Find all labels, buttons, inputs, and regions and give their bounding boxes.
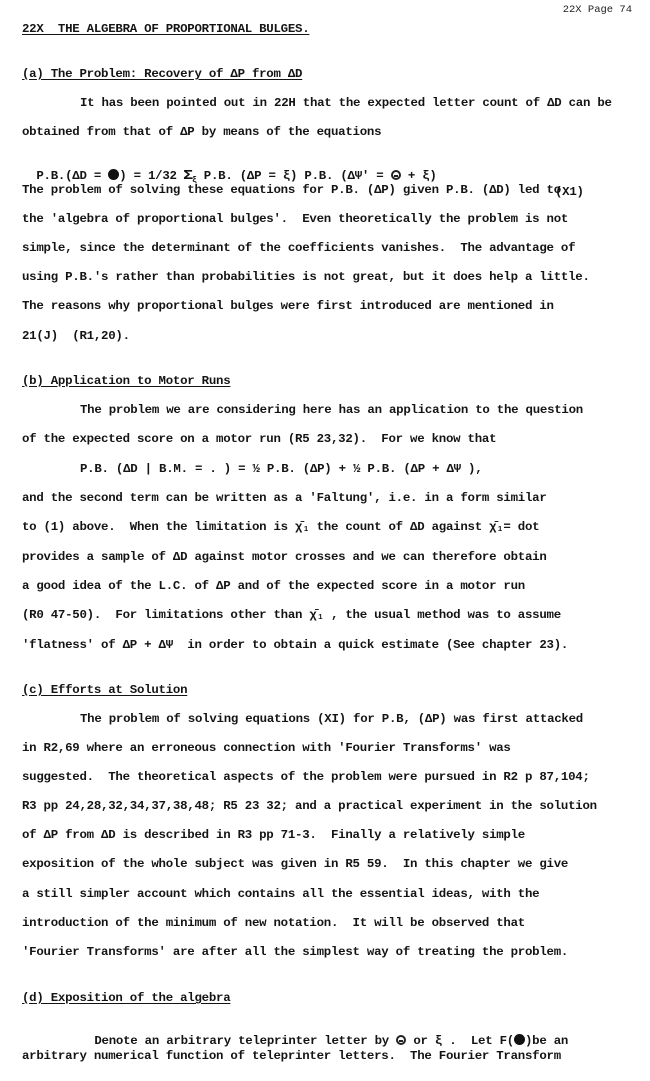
theta-symbol-icon (396, 1035, 406, 1045)
section-c-line-2: in R2,69 where an erroneous connection w… (22, 741, 511, 755)
section-b-heading: (b) Application to Motor Runs (22, 374, 230, 388)
section-c-line-9: 'Fourier Transforms' are after all the s… (22, 945, 568, 959)
section-c-line-5: of ΔP from ΔD is described in R3 pp 71-3… (22, 828, 525, 842)
theta-symbol-icon (391, 170, 401, 180)
section-a-line-1: It has been pointed out in 22H that the … (80, 96, 612, 110)
section-b-line-3: and the second term can be written as a … (22, 491, 547, 505)
section-d-line-1-a: Denote an arbitrary teleprinter letter b… (94, 1034, 396, 1048)
section-b-line-6: a good idea of the L.C. of ΔP and of the… (22, 579, 525, 593)
section-a-line-3: The problem of solving these equations f… (22, 183, 561, 197)
section-a-line-7: The reasons why proportional bulges were… (22, 299, 554, 313)
section-c-line-7: a still simpler account which contains a… (22, 887, 539, 901)
equation-x1-mid2: P.B. (ΔP = ξ) P.B. (ΔΨ' = (197, 169, 391, 183)
section-b-line-8: 'flatness' of ΔP + ΔΨ in order to obtain… (22, 638, 568, 652)
page-number: 22X Page 74 (563, 4, 632, 16)
section-d-heading: (d) Exposition of the algebra (22, 991, 230, 1005)
filled-circle-symbol-icon (514, 1034, 525, 1045)
section-a-line-4: the 'algebra of proportional bulges'. Ev… (22, 212, 568, 226)
section-b-line-4: to (1) above. When the limitation is χ̄₁… (22, 520, 539, 534)
equation-x1-tail: + ξ) (401, 169, 437, 183)
section-d-line-1-c: )be an (525, 1034, 568, 1048)
chapter-title: 22X THE ALGEBRA OF PROPORTIONAL BULGES. (22, 22, 309, 36)
section-c-line-3: suggested. The theoretical aspects of th… (22, 770, 590, 784)
section-c-line-4: R3 pp 24,28,32,34,37,38,48; R5 23 32; an… (22, 799, 597, 813)
section-a-line-8: 21(J) (R1,20). (22, 329, 130, 343)
section-d-line-2: arbitrary numerical function of teleprin… (22, 1049, 561, 1063)
section-d-line-1: Denote an arbitrary teleprinter letter b… (80, 1020, 568, 1048)
equation-x1-lhs: P.B.(ΔD = (36, 169, 108, 183)
sigma-symbol: Σ (183, 168, 193, 184)
section-b-equation: P.B. (ΔD | B.M. = . ) = ½ P.B. (ΔP) + ½ … (80, 462, 482, 476)
section-c-line-6: exposition of the whole subject was give… (22, 857, 568, 871)
equation-x1-mid1: ) = 1/32 (119, 169, 184, 183)
section-b-line-5: provides a sample of ΔD against motor cr… (22, 550, 547, 564)
filled-circle-symbol-icon (108, 169, 119, 180)
section-d-line-1-b: or ξ . Let F( (406, 1034, 514, 1048)
section-b-line-7: (R0 47-50). For limitations other than χ… (22, 608, 561, 622)
section-a-heading: (a) The Problem: Recovery of ΔP from ΔD (22, 67, 302, 81)
section-c-heading: (c) Efforts at Solution (22, 683, 187, 697)
section-a-line-5: simple, since the determinant of the coe… (22, 241, 575, 255)
section-c-line-1: The problem of solving equations (XI) fo… (80, 712, 583, 726)
section-b-line-1: The problem we are considering here has … (80, 403, 583, 417)
section-c-line-8: introduction of the minimum of new notat… (22, 916, 525, 930)
section-a-line-6: using P.B.'s rather than probabilities i… (22, 270, 590, 284)
section-b-line-2: of the expected score on a motor run (R5… (22, 432, 496, 446)
section-a-line-2: obtained from that of ΔP by means of the… (22, 125, 381, 139)
